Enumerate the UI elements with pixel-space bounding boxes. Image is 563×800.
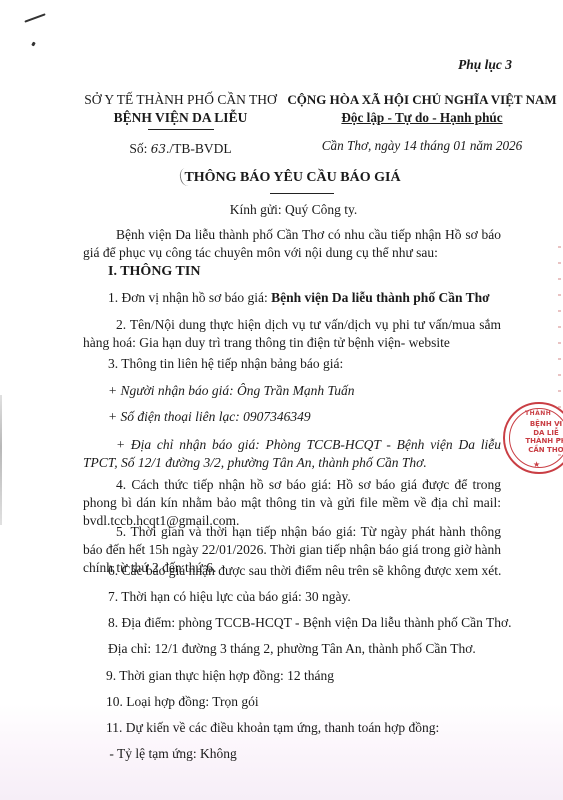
title-divider [270,193,334,194]
item-1-value: Bệnh viện Da liễu thành phố Cần Thơ [271,290,489,305]
item-1-label: 1. Đơn vị nhận hồ sơ báo giá: [108,290,271,305]
national-header: CỘNG HÒA XÃ HỘI CHỦ NGHĨA VIỆT NAM Độc l… [285,91,559,155]
seal-line: CẦN THƠ [517,446,563,455]
appendix-label: Phụ lục 3 [458,57,512,73]
national-motto: Độc lập - Tự do - Hạnh phúc [285,109,559,127]
official-seal: THÀNH BỆNH VI DA LIỄ THÀNH PH CẦN THƠ ★ [503,402,563,474]
item-4: 4. Cách thức tiếp nhận hồ sơ báo giá: Hồ… [83,476,501,530]
item-10: 10. Loại hợp đồng: Trọn gói [106,694,259,710]
item-8-address: Địa chỉ: 12/1 đường 3 tháng 2, phường Tâ… [108,641,476,657]
issuer-header: SỞ Y TẾ THÀNH PHỐ CẦN THƠ BỆNH VIỆN DA L… [78,91,283,158]
item-2: 2. Tên/Nội dung thực hiện dịch vụ tư vấn… [83,316,501,352]
document-title: THÔNG BÁO YÊU CẦU BÁO GIÁ [0,170,563,186]
item-11: 11. Dự kiến về các điều khoản tạm ứng, t… [106,720,439,736]
item-3: 3. Thông tin liên hệ tiếp nhận bảng báo … [108,356,343,372]
contact-person: + Người nhận báo giá: Ông Trần Mạnh Tuấn [108,383,354,399]
department-name: SỞ Y TẾ THÀNH PHỐ CẦN THƠ [78,91,283,109]
item-8: 8. Địa điểm: phòng TCCB-HCQT - Bệnh viện… [108,615,511,631]
item-1: 1. Đơn vị nhận hồ sơ báo giá: Bệnh viện … [108,290,490,306]
document-number-suffix: ./TB-BVDL [166,141,232,156]
item-7: 7. Thời hạn có hiệu lực của báo giá: 30 … [108,589,351,605]
header-divider [148,129,214,130]
item-11-advance: - Tỷ lệ tạm ứng: Không [106,746,237,762]
item-9: 9. Thời gian thực hiện hợp đồng: 12 thán… [106,668,334,684]
seal-line: BỆNH VI [517,420,563,429]
place-and-date: Cần Thơ, ngày 14 tháng 01 năm 2026 [285,137,559,155]
seal-line: DA LIỄ [517,429,563,438]
document-number-prefix: Số: [129,141,150,156]
contact-phone: + Số điện thoại liên lạc: 0907346349 [108,409,311,425]
document-page: Phụ lục 3 SỞ Y TẾ THÀNH PHỐ CẦN THƠ BỆNH… [0,0,563,800]
star-icon: ★ [533,460,540,469]
hospital-name: BỆNH VIỆN DA LIỄU [78,109,283,127]
scan-edge-mark [0,395,2,525]
pen-mark [24,13,45,22]
contact-address: + Địa chỉ nhận báo giá: Phòng TCCB-HCQT … [83,436,501,472]
intro-paragraph: Bệnh viện Da liễu thành phố Cần Thơ có n… [83,226,501,262]
nation-name: CỘNG HÒA XÃ HỘI CHỦ NGHĨA VIỆT NAM [285,91,559,109]
seal-line: THÀNH PH [517,437,563,446]
document-number-handwritten: 63 [151,142,166,156]
salutation: Kính gửi: Quý Công ty. [0,201,563,219]
section-heading: I. THÔNG TIN [108,264,200,280]
seal-arc-text: THÀNH [525,410,551,417]
pen-mark [31,42,36,47]
seal-text: BỆNH VI DA LIỄ THÀNH PH CẦN THƠ [517,420,563,454]
document-number: Số: 63./TB-BVDL [78,140,283,158]
item-6: 6. Các báo giá nhận được sau thời điểm n… [108,563,501,579]
